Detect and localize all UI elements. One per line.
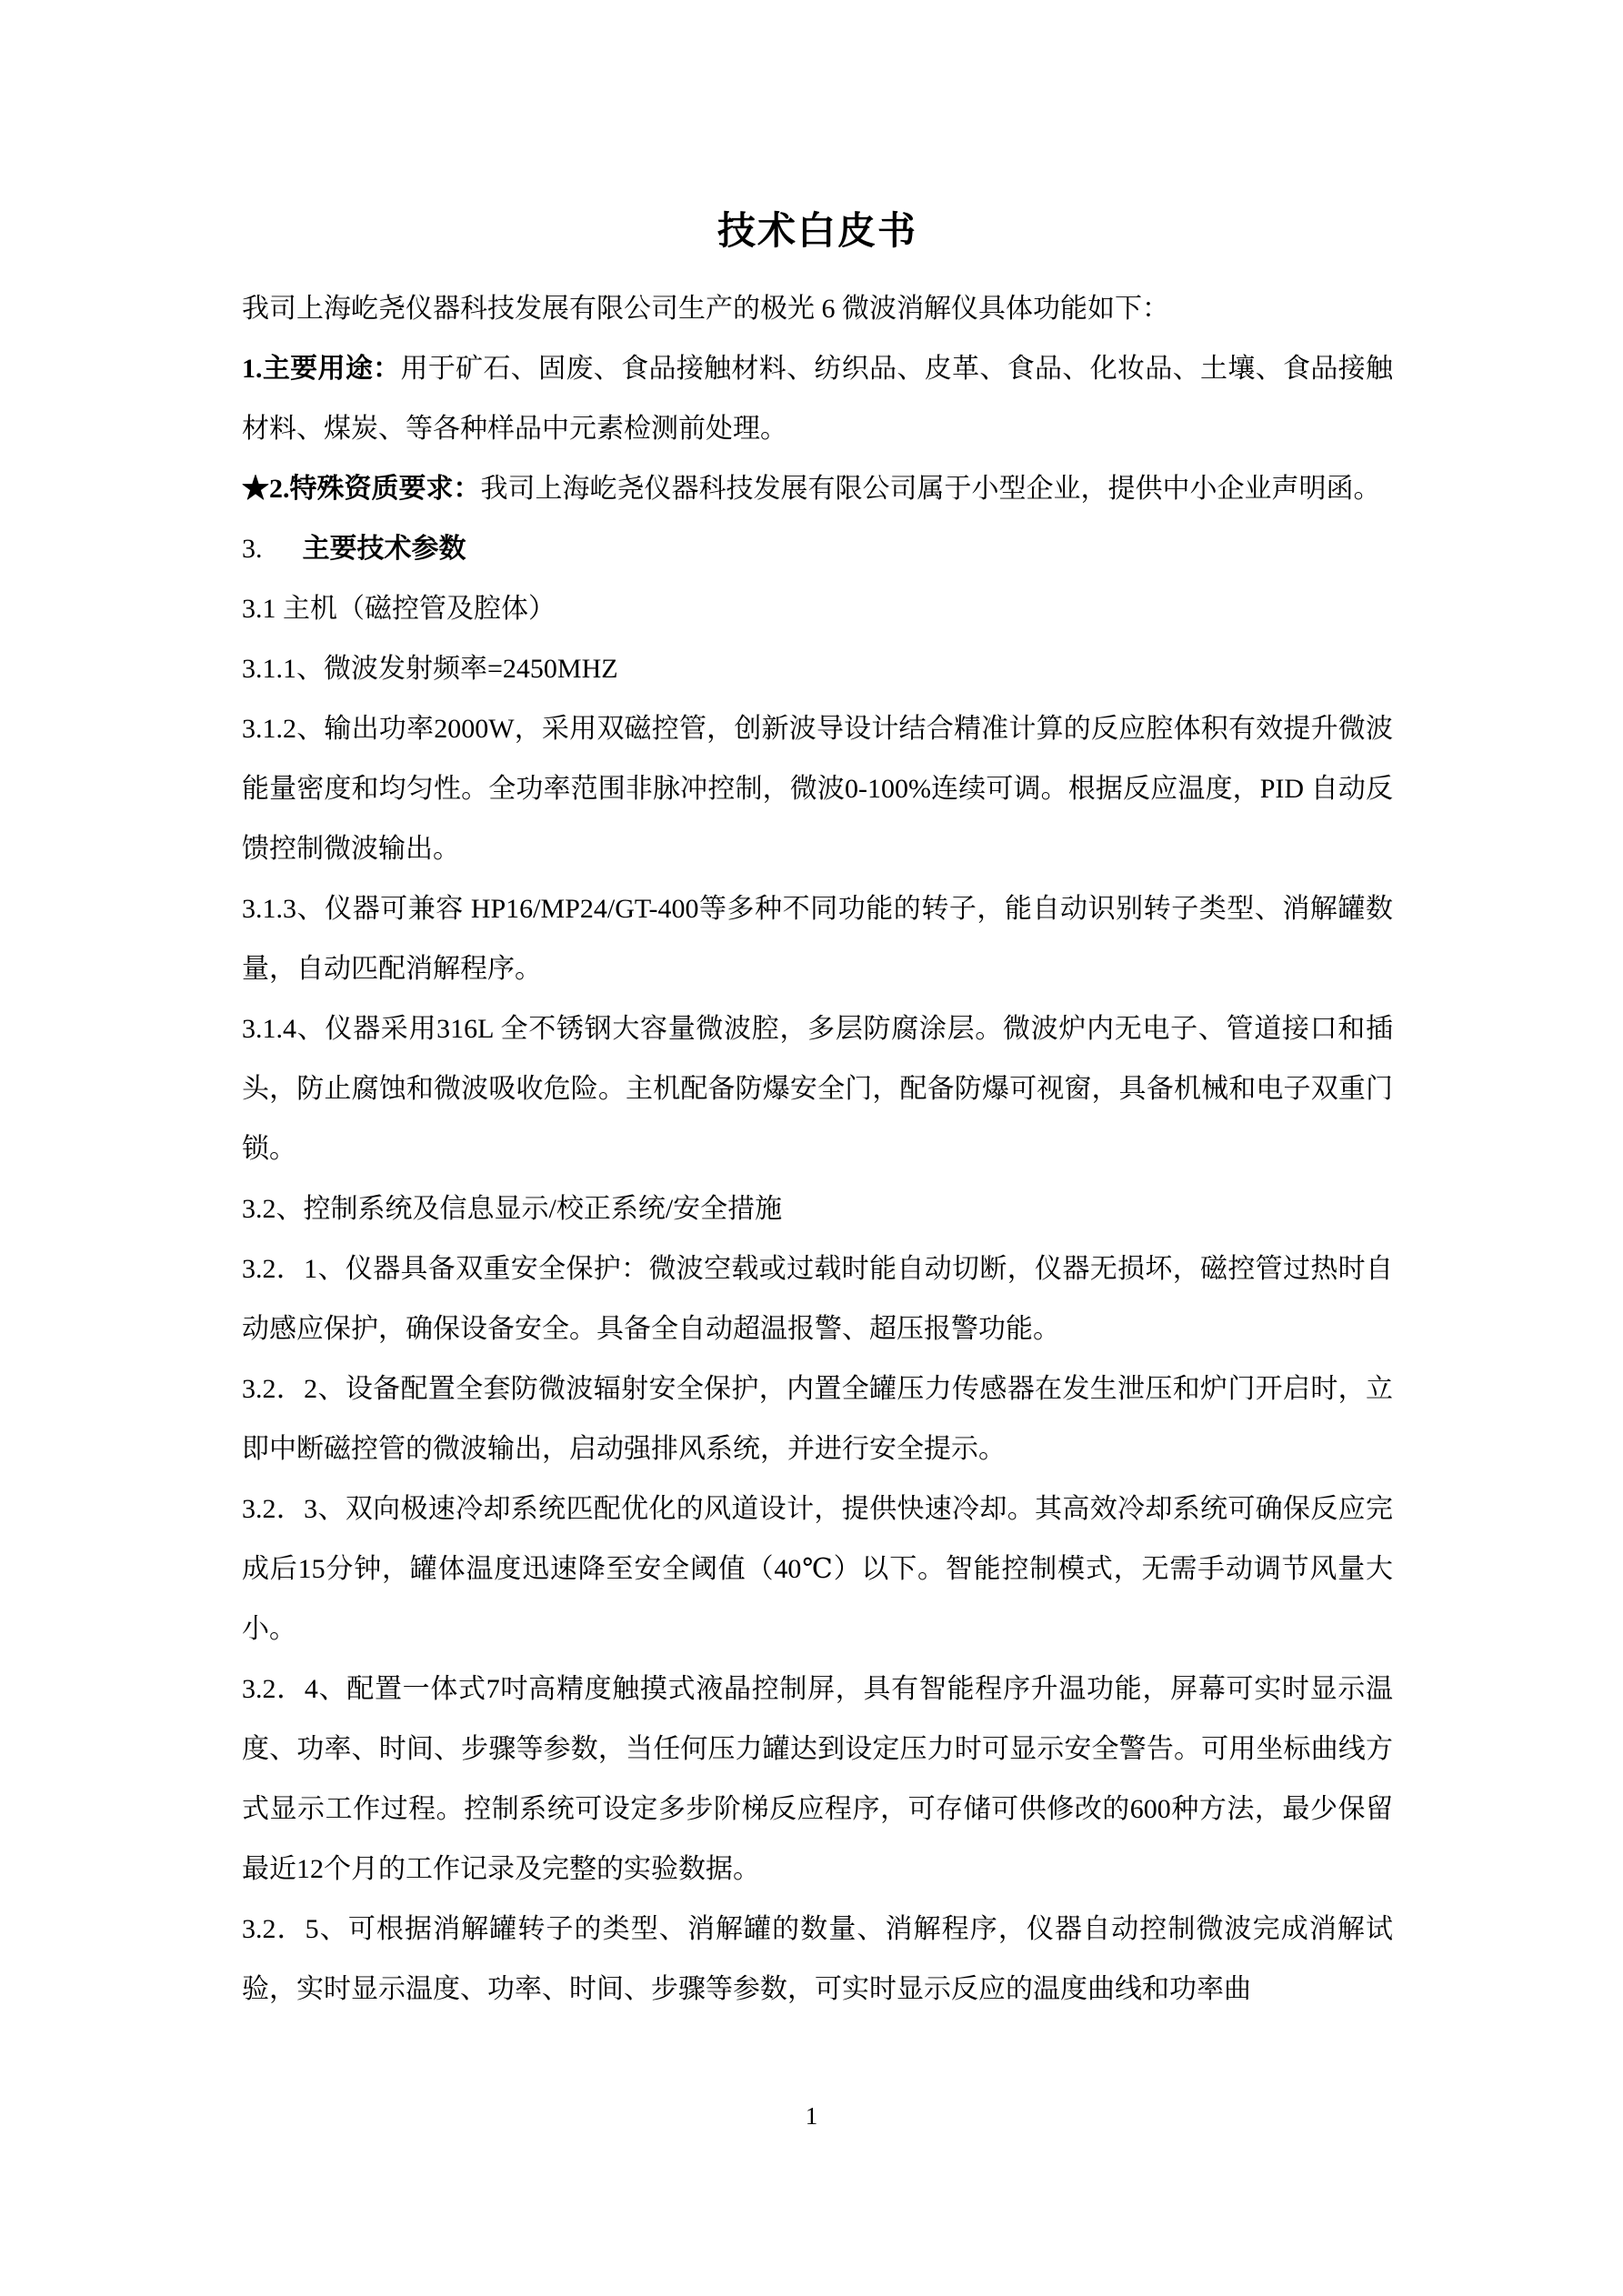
page-number: 1 (0, 2100, 1623, 2131)
paragraph-text: 用于矿石、固废、食品接触材料、纺织品、皮革、食品、化妆品、土壤、食品接触材料、煤… (242, 354, 1393, 444)
document-page: { "document": { "title": "技术白皮书", "page_… (0, 0, 1623, 2296)
paragraph-text: 3.2．2、设备配置全套防微波辐射安全保护，内置全罐压力传感器在发生泄压和炉门开… (242, 1374, 1393, 1464)
clause-3-2-3: 3.2．3、双向极速冷却系统匹配优化的风道设计，提供快速冷却。其高效冷却系统可确… (242, 1479, 1393, 1659)
paragraph-bold-label: 1.主要用途： (242, 354, 400, 384)
paragraph-text: 我司上海屹尧仪器科技发展有限公司属于小型企业，提供中小企业声明函。 (481, 474, 1381, 504)
clause-3-1-4: 3.1.4、仪器采用316L 全不锈钢大容量微波腔，多层防腐涂层。微波炉内无电子… (242, 999, 1393, 1179)
section-number: 3. (242, 534, 263, 564)
star-icon: ★ (242, 474, 269, 504)
section-3-1-heading: 3.1 主机（磁控管及腔体） (242, 579, 1393, 639)
clause-3-2-4: 3.2．4、配置一体式7吋高精度触摸式液晶控制屏，具有智能程序升温功能，屏幕可实… (242, 1659, 1393, 1900)
section-3-heading: 3.主要技术参数 (242, 519, 1393, 579)
paragraph-text: 我司上海屹尧仪器科技发展有限公司生产的极光 6 微波消解仪具体功能如下： (242, 294, 1169, 324)
clause-3-2-2: 3.2．2、设备配置全套防微波辐射安全保护，内置全罐压力传感器在发生泄压和炉门开… (242, 1359, 1393, 1479)
paragraph-text: 3.2、控制系统及信息显示/校正系统/安全措施 (242, 1194, 782, 1224)
clause-3-2-1: 3.2．1、仪器具备双重安全保护：微波空载或过载时能自动切断，仪器无损坏，磁控管… (242, 1239, 1393, 1359)
clause-3-1-2: 3.1.2、输出功率2000W，采用双磁控管，创新波导设计结合精准计算的反应腔体… (242, 699, 1393, 879)
paragraph-bold-label: 2.特殊资质要求： (269, 474, 481, 504)
document-content: 技术白皮书 我司上海屹尧仪器科技发展有限公司生产的极光 6 微波消解仪具体功能如… (242, 209, 1393, 2020)
section-heading-text: 主要技术参数 (303, 534, 466, 564)
paragraph-text: 3.1.3、仪器可兼容 HP16/MP24/GT-400等多种不同功能的转子，能… (242, 894, 1393, 984)
paragraph-text: 3.1 主机（磁控管及腔体） (242, 594, 556, 624)
paragraph-text: 3.2．4、配置一体式7吋高精度触摸式液晶控制屏，具有智能程序升温功能，屏幕可实… (242, 1674, 1393, 1884)
section-3-2-heading: 3.2、控制系统及信息显示/校正系统/安全措施 (242, 1179, 1393, 1239)
clause-3-1-3: 3.1.3、仪器可兼容 HP16/MP24/GT-400等多种不同功能的转子，能… (242, 879, 1393, 999)
paragraph-text: 3.1.4、仪器采用316L 全不锈钢大容量微波腔，多层防腐涂层。微波炉内无电子… (242, 1014, 1393, 1164)
main-use-paragraph: 1.主要用途：用于矿石、固废、食品接触材料、纺织品、皮革、食品、化妆品、土壤、食… (242, 339, 1393, 459)
paragraph-text: 3.2．1、仪器具备双重安全保护：微波空载或过载时能自动切断，仪器无损坏，磁控管… (242, 1254, 1393, 1344)
paragraph-text: 3.1.2、输出功率2000W，采用双磁控管，创新波导设计结合精准计算的反应腔体… (242, 714, 1393, 864)
clause-3-1-1: 3.1.1、微波发射频率=2450MHZ (242, 639, 1393, 699)
paragraph-text: 3.2．5、可根据消解罐转子的类型、消解罐的数量、消解程序，仪器自动控制微波完成… (242, 1914, 1393, 2004)
document-title: 技术白皮书 (242, 209, 1393, 255)
special-qualification-paragraph: ★2.特殊资质要求：我司上海屹尧仪器科技发展有限公司属于小型企业，提供中小企业声… (242, 459, 1393, 519)
paragraph-text: 3.2．3、双向极速冷却系统匹配优化的风道设计，提供快速冷却。其高效冷却系统可确… (242, 1494, 1393, 1644)
clause-3-2-5: 3.2．5、可根据消解罐转子的类型、消解罐的数量、消解程序，仪器自动控制微波完成… (242, 1900, 1393, 2020)
intro-paragraph: 我司上海屹尧仪器科技发展有限公司生产的极光 6 微波消解仪具体功能如下： (242, 279, 1393, 339)
paragraph-text: 3.1.1、微波发射频率=2450MHZ (242, 654, 618, 684)
